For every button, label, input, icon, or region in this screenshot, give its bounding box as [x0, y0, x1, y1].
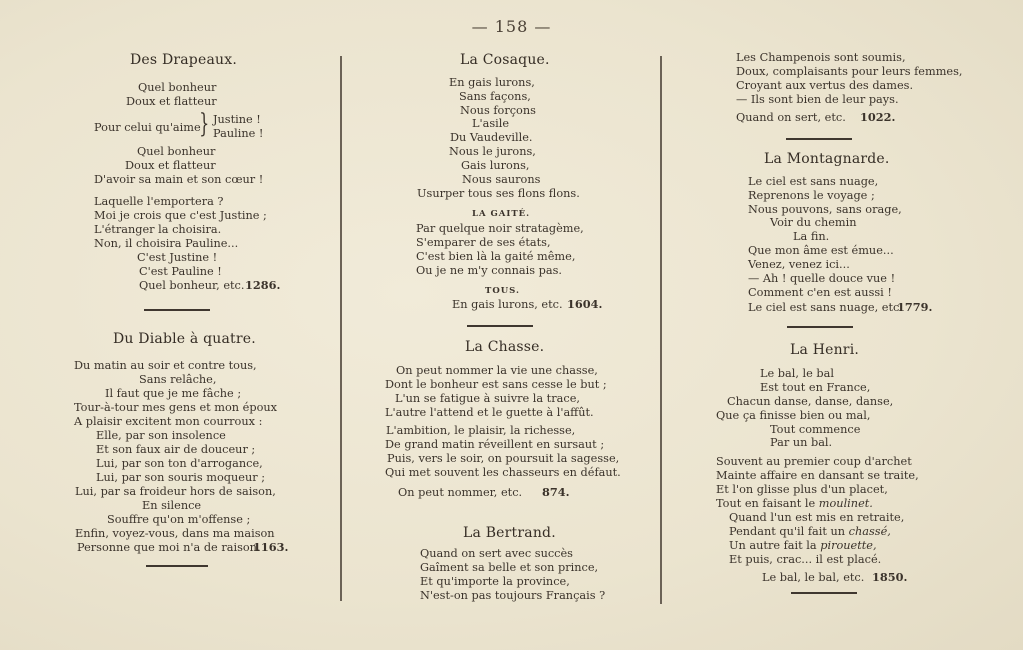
separator	[791, 592, 857, 594]
verse-line: — Ah ! quelle douce vue !	[748, 272, 895, 286]
song-title: La Henri.	[790, 344, 859, 358]
book-page: — 158 — Des Drapeaux. Quel bonheur Doux …	[0, 0, 1023, 650]
verse-line: Et puis, crac... il est placé.	[729, 553, 881, 567]
verse-line: Doux, complaisants pour leurs femmes,	[736, 65, 962, 79]
verse-line: Tout commence	[770, 423, 860, 437]
italic-word: moulinet.	[819, 497, 873, 510]
italic-word: pirouette,	[820, 539, 876, 552]
column-3: Les Champenois sont soumis, Doux, compla…	[0, 0, 1023, 650]
verse-line: Comment c'en est aussi !	[748, 286, 892, 300]
song-number: 1850.	[872, 571, 907, 585]
verse-line: Le bal, le bal, etc.	[762, 571, 864, 585]
verse-line: Pendant qu'il fait un chassé,	[729, 525, 891, 539]
verse-line: Les Champenois sont soumis,	[736, 51, 906, 65]
verse-line: Chacun danse, danse, danse,	[727, 395, 893, 409]
song-number: 1022.	[860, 111, 895, 125]
verse-line: Voir du chemin	[770, 216, 857, 230]
verse-line: Que mon âme est émue...	[748, 244, 894, 258]
verse-line: Reprenons le voyage ;	[748, 189, 875, 203]
verse-line: La fin.	[793, 230, 829, 244]
separator	[786, 138, 852, 140]
separator	[787, 326, 853, 328]
verse-line: Que ça finisse bien ou mal,	[716, 409, 870, 423]
italic-word: chassé,	[849, 525, 891, 538]
verse-line: Nous pouvons, sans orage,	[748, 203, 902, 217]
verse-line: Le ciel est sans nuage, etc.	[748, 301, 903, 315]
verse-line: — Ils sont bien de leur pays.	[736, 93, 899, 107]
verse-line: Le ciel est sans nuage,	[748, 175, 878, 189]
verse-line: Tout en faisant le moulinet.	[716, 497, 873, 511]
verse-line: Quand on sert, etc.	[736, 111, 846, 125]
verse-text: Tout en faisant le	[716, 497, 815, 510]
verse-text: Pendant qu'il fait un	[729, 525, 845, 538]
verse-line: Quand l'un est mis en retraite,	[729, 511, 904, 525]
verse-line: Venez, venez ici...	[748, 258, 850, 272]
song-title: La Montagnarde.	[764, 153, 890, 167]
verse-line: Souvent au premier coup d'archet	[716, 455, 912, 469]
verse-line: Et l'on glisse plus d'un placet,	[716, 483, 888, 497]
verse-line: Est tout en France,	[760, 381, 870, 395]
verse-line: Par un bal.	[770, 436, 832, 450]
verse-line: Mainte affaire en dansant se traite,	[716, 469, 919, 483]
song-number: 1779.	[897, 301, 932, 315]
verse-line: Un autre fait la pirouette,	[729, 539, 877, 553]
verse-text: Un autre fait la	[729, 539, 817, 552]
verse-line: Le bal, le bal	[760, 367, 834, 381]
verse-line: Croyant aux vertus des dames.	[736, 79, 913, 93]
